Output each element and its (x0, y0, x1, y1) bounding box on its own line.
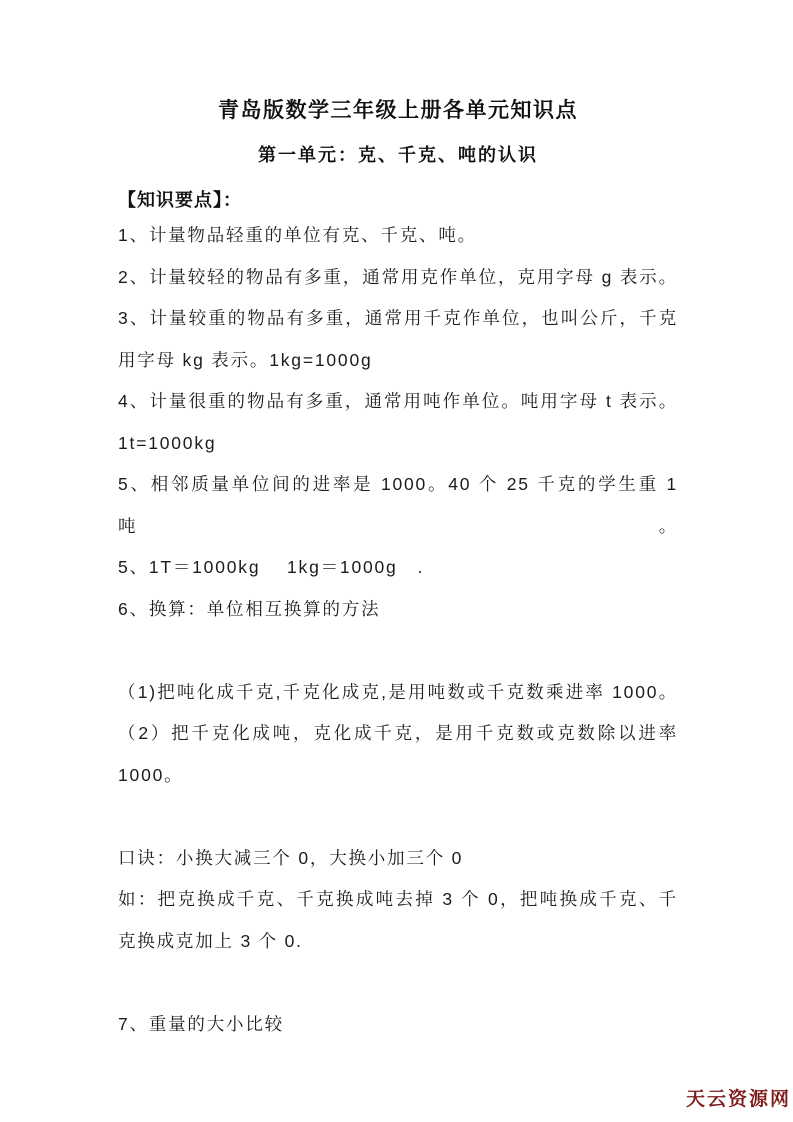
unit-title: 第一单元：克、千克、吨的认识 (118, 141, 678, 169)
section-heading: 【知识要点】： (118, 185, 678, 215)
blank-line (118, 630, 678, 672)
body-line: 1000。 (118, 755, 678, 797)
blank-line (118, 796, 678, 838)
body-line: （1)把吨化成千克,千克化成克,是用吨数或千克数乘进率 1000。 (118, 672, 678, 714)
body-line: 克换成克加上 3 个 0. (118, 921, 678, 963)
body-line: 5、相邻质量单位间的进率是 1000。40 个 25 千克的学生重 1 吨。 (118, 464, 678, 547)
body-line: （2）把千克化成吨，克化成千克，是用千克数或克数除以进率 (118, 713, 678, 755)
body-line: 1、计量物品轻重的单位有克、千克、吨。 (118, 215, 678, 257)
document-page: 青岛版数学三年级上册各单元知识点 第一单元：克、千克、吨的认识 【知识要点】： … (0, 0, 793, 1122)
body-line: 7、重量的大小比较 (118, 1004, 678, 1046)
watermark-tianyun: 天云资源网 (686, 1088, 791, 1112)
doc-title: 青岛版数学三年级上册各单元知识点 (118, 96, 678, 126)
body-line: 口诀：小换大减三个 0，大换小加三个 0 (118, 838, 678, 880)
body-line: 4、计量很重的物品有多重，通常用吨作单位。吨用字母 t 表示。 (118, 381, 678, 423)
body-line: 用字母 kg 表示。1kg=1000g (118, 340, 678, 382)
body-line: 1t=1000kg (118, 423, 678, 465)
body-line: 如：把克换成千克、千克换成吨去掉 3 个 0，把吨换成千克、千 (118, 879, 678, 921)
body-line: 3、计量较重的物品有多重，通常用千克作单位，也叫公斤，千克 (118, 298, 678, 340)
body-line: 5、1T＝1000kg 1kg＝1000g . (118, 547, 678, 589)
body-line: 2、计量较轻的物品有多重，通常用克作单位，克用字母 g 表示。 (118, 257, 678, 299)
body-line: 6、换算：单位相互换算的方法 (118, 589, 678, 631)
blank-line (118, 962, 678, 1004)
